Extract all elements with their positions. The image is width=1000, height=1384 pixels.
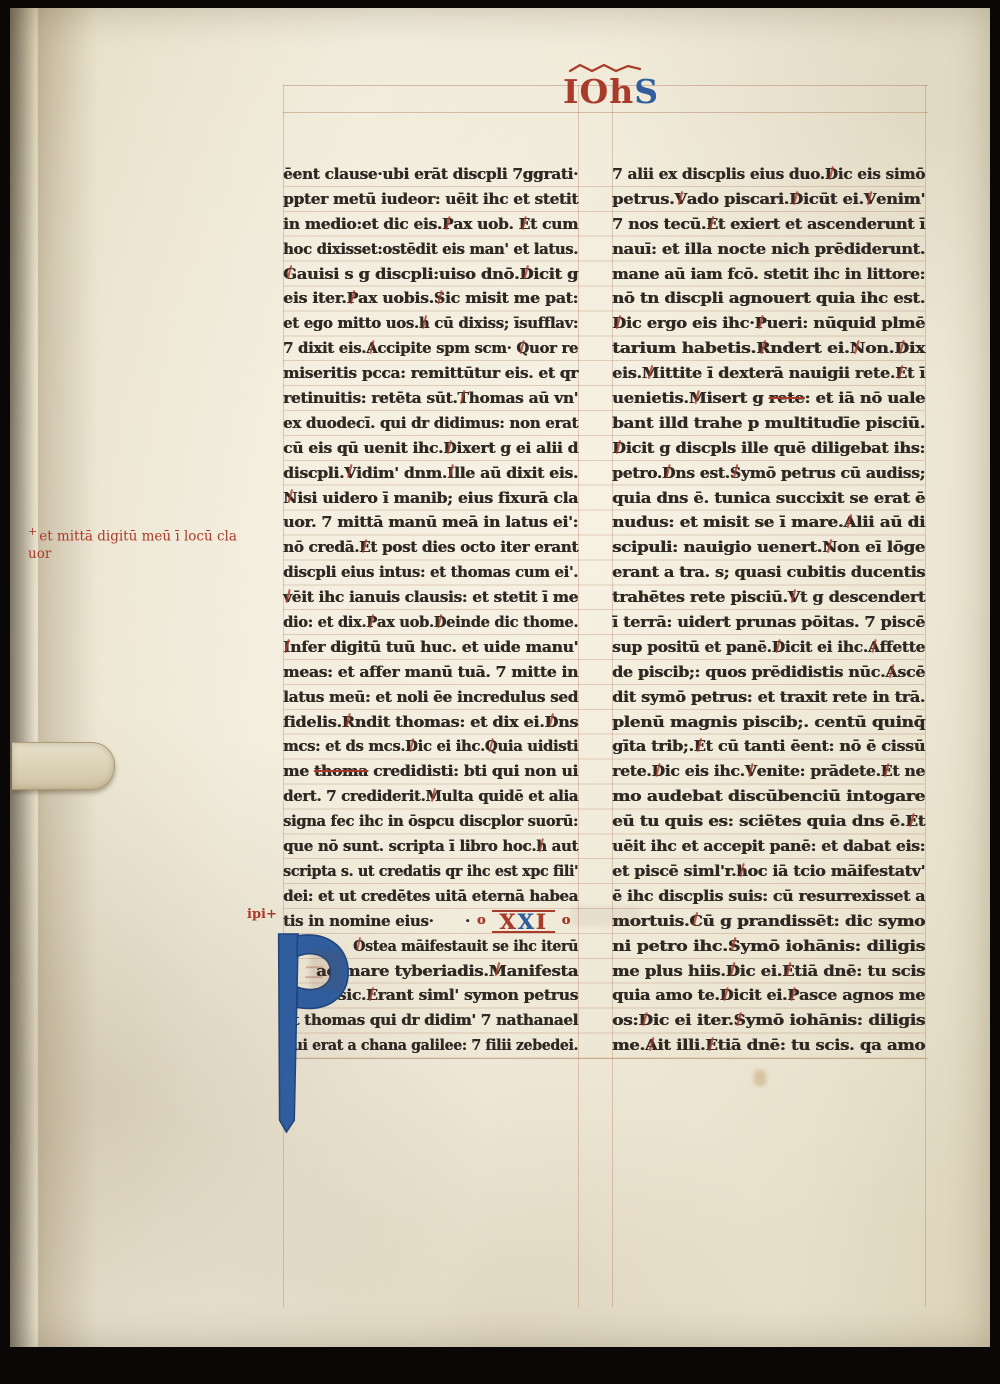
rubricated-capital: D [720, 986, 734, 1004]
rubricated-capital: E [881, 762, 893, 780]
rubricated-capital: N [822, 538, 837, 556]
rubricated-capital: I [283, 638, 290, 656]
rubricated-capital: D [612, 439, 626, 457]
rubricated-capital: M [425, 787, 441, 805]
rubricated-capital: D [405, 737, 417, 755]
text-line: nudus: et misit se ī mare.Alii aū di [612, 510, 925, 535]
rubricated-capital: A [843, 513, 856, 531]
rubricated-capital: E [694, 737, 706, 755]
rubricated-capital: E [895, 364, 907, 382]
rubricated-capital: A [885, 663, 897, 681]
chapter-letter: I [536, 909, 548, 934]
text-column-left: ēent clause·ubi erāt discpli 7ggrati·ppt… [283, 162, 578, 1058]
text-line: 7 dixit eis.Accipite spm scm· Quor re [283, 336, 578, 361]
rubricated-capital: P [787, 986, 799, 1004]
rubricated-capital: O [353, 937, 365, 955]
text-line: os:Dic ei iter.Symō iohānis: diligis [612, 1008, 925, 1033]
text-column-right: 7 alii ex discplis eius duo.Dic eis simō… [612, 162, 925, 1058]
rubricated-capital: P [366, 613, 377, 631]
rubricated-capital: E [706, 215, 718, 233]
text-line: Dicit g discpls ille quē diligebat ihs: [612, 436, 925, 461]
text-line: scipuli: nauigio uenert.Non eī lōge [612, 535, 925, 560]
rubricated-capital: D [789, 190, 803, 208]
text-line: discpli eius intus: et thomas cum ei'. [283, 560, 578, 585]
red-struck-word: thoma [314, 762, 368, 780]
rubricated-capital: P [442, 215, 453, 233]
chapter-letter: X [499, 909, 517, 934]
text-line: ī terrā: uidert prunas pōitas. 7 piscē [612, 610, 925, 635]
margin-note-red: +et mittā digitū meū ī locū cla uor [28, 523, 268, 563]
margin-note-line1: et mittā digitū meū ī locū cla [39, 529, 237, 545]
rubricated-capital: V [674, 190, 686, 208]
rubricated-capital: E [782, 962, 794, 980]
text-line: vēit ihc ianuis clausis: et stetit ī me [283, 585, 578, 610]
rubricated-capital: h [736, 862, 747, 880]
text-line: uenietis.Misert g rete: et iā nō uale [612, 386, 925, 411]
rubricated-capital: R [756, 339, 770, 357]
margin-cross-icon: + [28, 525, 37, 538]
rubricated-capital: M [689, 389, 707, 407]
showthrough-smudge [570, 906, 640, 926]
header-rule-bottom [283, 112, 928, 113]
text-line: Nisi uidero ī manib; eius fixurā cla [283, 486, 578, 511]
punct-dot: · [465, 909, 470, 934]
rubricated-capital: M [489, 962, 507, 980]
chapter-number: XXI [492, 910, 554, 933]
text-line: ex duodecī. qui dr didimus: non erat [283, 411, 578, 436]
text-line: sup positū et panē.Dicit ei ihc.Affette [612, 635, 925, 660]
margin-chapter-mark: ipi+ [247, 907, 277, 922]
text-line: Gauisi s g discpli:uiso dnō.Dicit g [283, 262, 578, 287]
text-line: uēit ihc et accepit panē: et dabat eis: [612, 834, 925, 859]
text-line: dit symō petrus: et traxit rete in trā. [612, 685, 925, 710]
rubricated-capital: Q [485, 737, 498, 755]
rubricated-capital: T [457, 389, 468, 407]
text-line: de piscib;: quos prēdidistis nūc.Ascē [612, 660, 925, 685]
text-line: 7 nos tecū.Et exiert et ascenderunt ī [612, 212, 925, 237]
text-line: ē ihc discplis suis: cū resurrexisset a [612, 884, 925, 909]
text-line: Infer digitū tuū huc. et uide manu' [283, 635, 578, 660]
text-line: eū tu quis es: sciētes quia dns ē.Et [612, 809, 925, 834]
chapter-flourish-right: o [562, 909, 570, 934]
rubricated-capital: D [894, 339, 909, 357]
text-line: gīta trib;.Et cū tanti ēent: nō ē cissū [612, 734, 925, 759]
chapter-flourish-left: o [477, 909, 485, 934]
running-title-letter: O [579, 72, 609, 111]
parchment-tab [12, 742, 115, 790]
rubricated-capital: E [359, 538, 370, 556]
text-line: mortuis.Cū g prandissēt: dic symo [612, 909, 925, 934]
rubricated-capital: v [283, 588, 292, 606]
gutter-shadow [38, 8, 98, 1347]
text-line: que nō sunt. scripta ī libro hoc.h aut [283, 834, 578, 859]
text-line: dei: et ut credētes uitā eternā habea [283, 884, 578, 909]
text-line: miseritis pcca: remittūtur eis. et qr [283, 361, 578, 386]
chapter-letter: X [518, 909, 536, 934]
text-line: ēent clause·ubi erāt discpli 7ggrati· [283, 162, 578, 187]
text-line: tarium habetis.Rndert ei.Non.Dix [612, 336, 925, 361]
rubricated-capital: D [662, 464, 675, 482]
rubricated-capital: S [434, 289, 445, 307]
rubricated-capital: E [705, 1036, 717, 1054]
rubricated-capital: E [905, 812, 917, 830]
rubricated-capital: P [346, 289, 358, 307]
text-line: rete.Dic eis ihc.Venite: prādete.Et ne [612, 759, 925, 784]
chapter-number-group: · o XXI o [465, 909, 570, 934]
text-line: meas: et affer manū tuā. 7 mitte in [283, 660, 578, 685]
footer-rule [283, 1058, 928, 1059]
ink-speck [754, 1070, 766, 1086]
text-line: petrus.Vado piscari.Dicūt ei.Venim' [612, 187, 925, 212]
rubricated-capital: D [434, 613, 446, 631]
rubricated-capital: M [642, 364, 659, 382]
running-title-letter: I [563, 72, 579, 111]
text-line: scripta s. ut credatis qr ihc est xpc fi… [283, 859, 578, 884]
text-line: dio: et dix.Pax uob.Deinde dic thome. [283, 610, 578, 635]
text-line: et piscē siml'r.hoc iā tcio māifestatv' [612, 859, 925, 884]
rubricated-capital: V [864, 190, 876, 208]
text-line: me thoma credidisti: bti qui non ui [283, 759, 578, 784]
rubricated-capital: D [825, 165, 838, 183]
text-line: plenū magnis piscib;. centū quinq̄ [612, 710, 925, 735]
text-line: petro.Dns est.Symō petrus cū audiss; [612, 461, 925, 486]
text-line: cū eis qū uenit ihc.Dixert g ei alii d [283, 436, 578, 461]
rubricated-capital: P [754, 314, 766, 332]
text-line: uor. 7 mittā manū meā in latus ei': [283, 510, 578, 535]
running-title-letter: h [609, 72, 634, 111]
rubricated-capital: D [726, 962, 740, 980]
text-line: hoc dixisset:ostēdit eis man' et latus. [283, 237, 578, 262]
rubricated-capital: N [283, 489, 297, 507]
left-column-upper: ēent clause·ubi erāt discpli 7ggrati·ppt… [283, 162, 578, 909]
text-line: mcs: et ds mcs.Dic ei ihc.Quia uidisti [283, 734, 578, 759]
rubricated-capital: N [849, 339, 864, 357]
rubricated-capital: G [283, 265, 297, 283]
text-line: Dic ergo eis ihc·Pueri: nūquid plmē [612, 311, 925, 336]
rubricated-capital: V [745, 762, 757, 780]
text-line: ppter metū iudeor: uēit ihc et stetit [283, 187, 578, 212]
rubricated-capital: E [366, 986, 378, 1004]
showthrough-smudge [310, 950, 344, 990]
text-line: latus meū: et noli ēe incredulus sed [283, 685, 578, 710]
margin-note-line2: uor [28, 546, 51, 562]
text-line: 7 alii ex discplis eius duo.Dic eis simō [612, 162, 925, 187]
manuscript-page: IOhS +et mittā digitū meū ī locū cla uor… [10, 8, 990, 1347]
rubricated-capital: A [366, 339, 377, 357]
text-line: in medio:et dic eis.Pax uob. Et cum [283, 212, 578, 237]
text-line: dert. 7 crediderit.Multa quidē et alia [283, 784, 578, 809]
rubricated-capital: I [447, 464, 454, 482]
text-line: trahētes rete pisciū.Vt g descendert [612, 585, 925, 610]
text-line: discpli.Vidim' dnm.Ille aū dixit eis. [283, 461, 578, 486]
book-binding-edge [10, 8, 40, 1347]
rubricated-capital: D [612, 314, 626, 332]
rubricated-capital: S [728, 937, 740, 955]
text-line: ni petro ihc.Symō iohānis: diligis [612, 934, 925, 959]
rubricated-capital: D [651, 762, 664, 780]
text-line: me plus hiis.Dic ei.Etiā dnē: tu scis [612, 959, 925, 984]
rubricated-capital: D [544, 713, 558, 731]
rubricated-capital: D [519, 265, 533, 283]
running-title: IOhS [563, 72, 659, 111]
rubricated-capital: R [342, 713, 355, 731]
rubricated-capital: A [645, 1036, 658, 1054]
text-line: eis.Mittite ī dexterā nauigii rete.Et ī [612, 361, 925, 386]
text-line: et ego mitto uos.h cū dixiss; īsufflav: [283, 311, 578, 336]
rubricated-capital: V [344, 464, 356, 482]
rubricated-capital: A [868, 638, 880, 656]
text-line: nō credā.Et post dies octo iter erant [283, 535, 578, 560]
text-line: mane aū iam fcō. stetit ihc in littore: [612, 262, 925, 287]
rubricated-capital: h [536, 837, 547, 855]
running-title-letter: S [634, 72, 659, 111]
rubricated-capital: h [419, 314, 430, 332]
text-line: bant illd trahe p multitudīe pisciū. [612, 411, 925, 436]
text-line: nauī: et illa nocte nich prēdiderunt. [612, 237, 925, 262]
text-line: quia amo te.Dicit ei.Pasce agnos me [612, 983, 925, 1008]
text-line: eis iter.Pax uobis.Sic misit me pat: [283, 286, 578, 311]
text-line: retinuitis: retēta sūt.Thomas aū vn' [283, 386, 578, 411]
rubricated-capital: V [788, 588, 800, 606]
text-line: quia dns ē. tunica succixit se erat ē [612, 486, 925, 511]
rubric-flourish-icon [568, 62, 642, 74]
text-line: erant a tra. s; quasi cubitis ducentis [612, 560, 925, 585]
screenshot-root: { "palette":{ "ink":"#2f2823", "red":"#a… [0, 0, 1000, 1384]
rubricated-capital: S [733, 1011, 745, 1029]
rubricated-capital: D [443, 439, 456, 457]
rubricated-capital: D [638, 1011, 652, 1029]
rubricated-capital: D [772, 638, 785, 656]
text-line: signa fec ihc in ōspcu discplor suorū: [283, 809, 578, 834]
text-line: nō tn discpli agnouert quia ihc est. [612, 286, 925, 311]
rubricated-capital: C [689, 912, 702, 930]
red-struck-word: rete [769, 389, 805, 407]
text-line: fidelis.Rndit thomas: et dix ei.Dns [283, 710, 578, 735]
text-line: mo audebat discūbenciū intogare [612, 784, 925, 809]
rubricated-capital: S [730, 464, 741, 482]
rubricated-capital: E [519, 215, 530, 233]
text-line: me.Ait illi.Etiā dnē: tu scis. qa amo [612, 1033, 925, 1058]
rubricated-capital: Q [516, 339, 529, 357]
